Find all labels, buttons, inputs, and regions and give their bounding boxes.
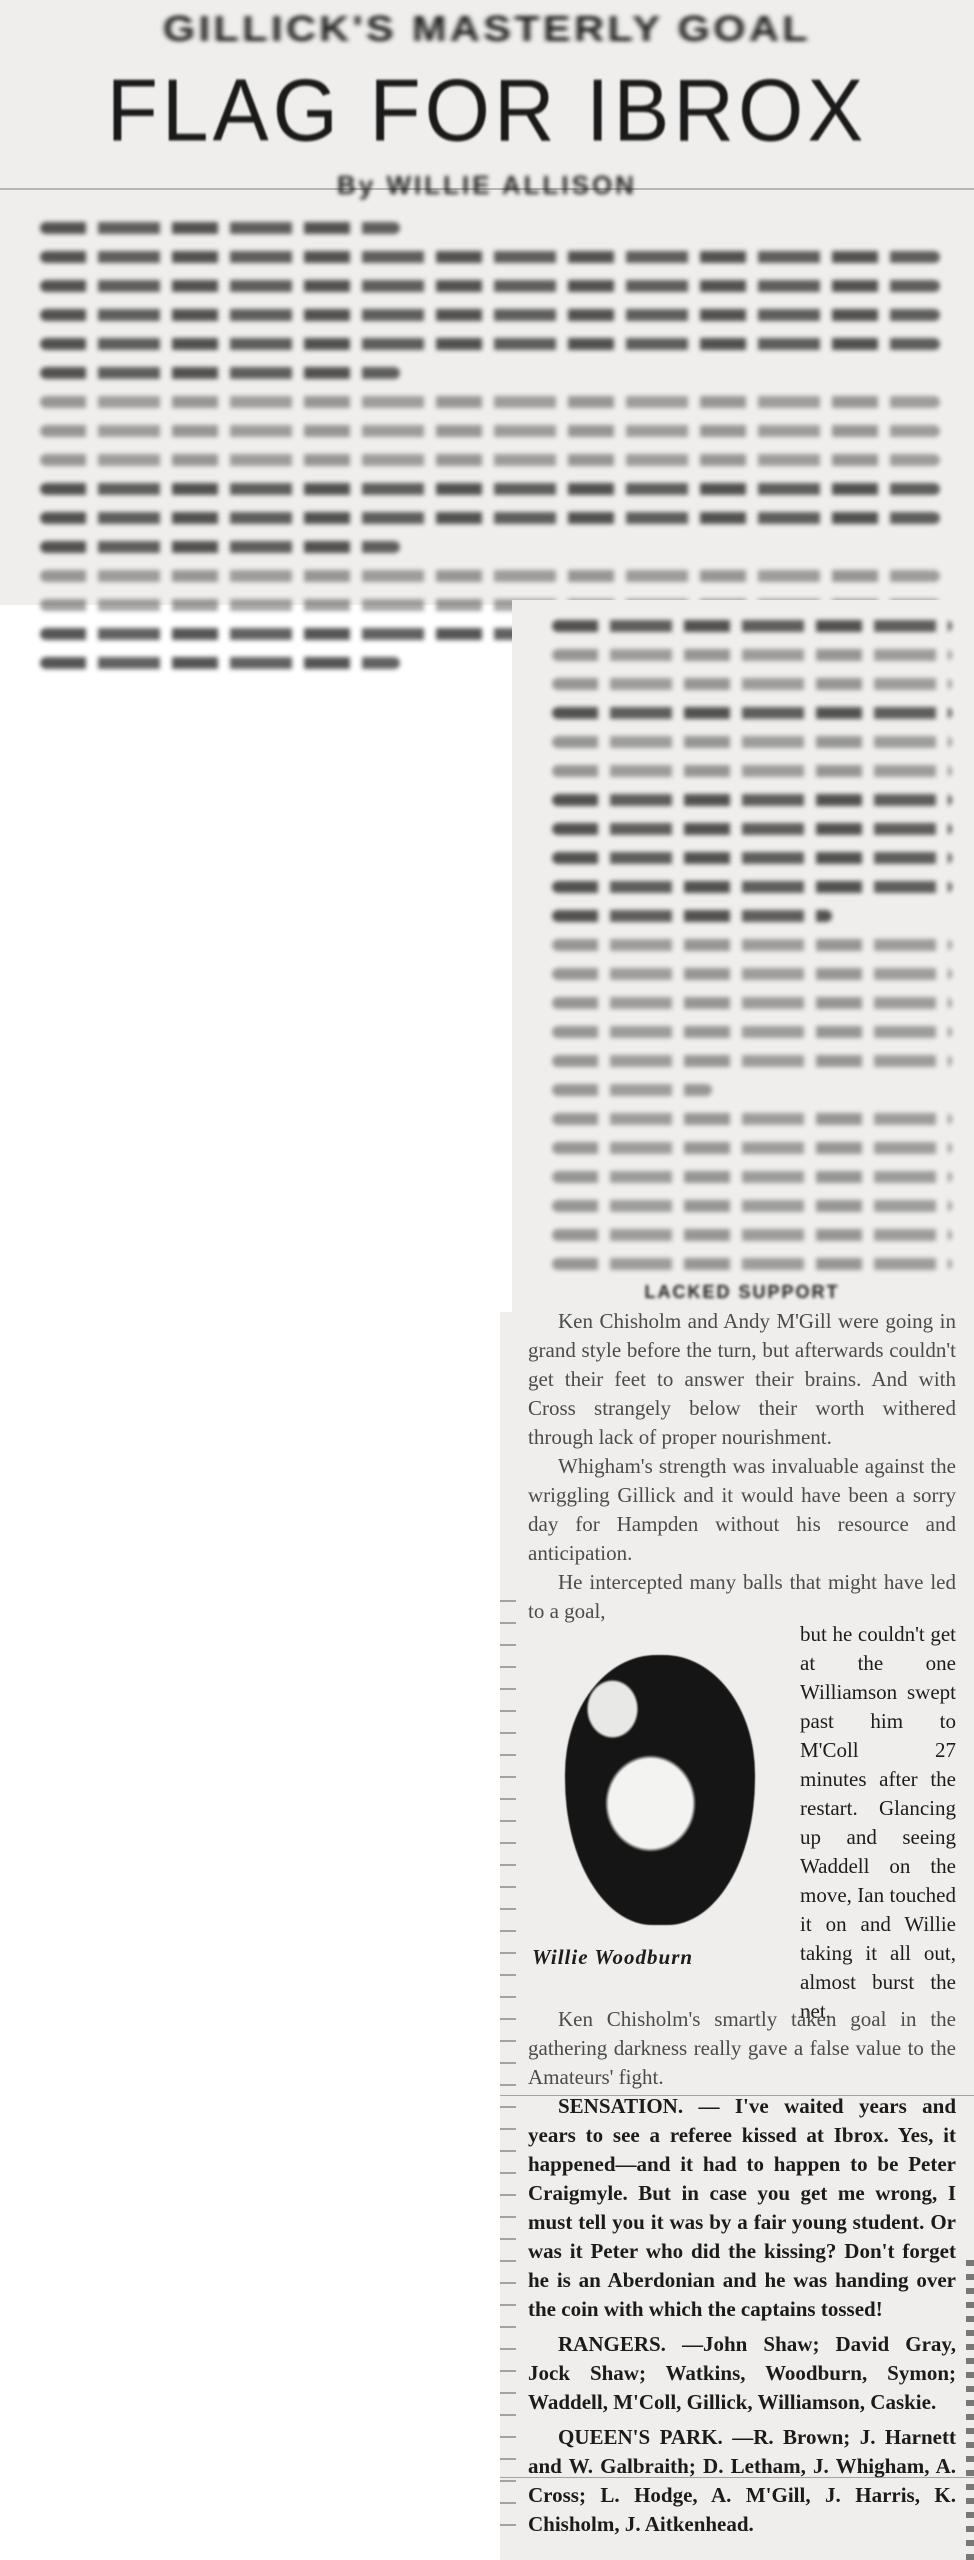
article-body-upper: LACKED SUPPORT Ken Chisholm and Andy M'G… (528, 1278, 956, 1626)
paragraph: He intercepted many balls that might hav… (528, 1568, 956, 1626)
team-lineup-queens-park: QUEEN'S PARK. —R. Brown; J. Harnett and … (528, 2423, 956, 2539)
paragraph: Ken Chisholm and Andy M'Gill were going … (528, 1307, 956, 1452)
divider (500, 2477, 974, 2478)
article-body-lower: Ken Chisholm's smartly taken goal in the… (528, 2005, 956, 2539)
team-lineup-rangers: RANGERS. —John Shaw; David Gray, Jock Sh… (528, 2330, 956, 2417)
sensation-text: — I've waited years and years to see a r… (528, 2094, 956, 2321)
decorative-border-left (500, 1590, 516, 2540)
sensation-paragraph: SENSATION. — I've waited years and years… (528, 2092, 956, 2324)
photo-caption: Willie Woodburn (532, 1945, 693, 1970)
article-kicker: GILLICK'S MASTERLY GOAL (0, 8, 974, 50)
paragraph: Whigham's strength was invaluable agains… (528, 1452, 956, 1568)
photo-wrap-text: but he couldn't get at the one Williamso… (800, 1620, 956, 2026)
team-name: RANGERS. (558, 2332, 666, 2356)
illegible-column-text (552, 620, 952, 1287)
divider (500, 2095, 974, 2096)
sensation-label: SENSATION. (558, 2094, 683, 2118)
clipping-middle-section (512, 600, 974, 1320)
article-byline: By WILLIE ALLISON (0, 170, 974, 201)
article-headline: FLAG FOR IBROX (0, 60, 974, 162)
player-photo (565, 1655, 755, 1925)
decorative-border-right (966, 2260, 974, 2560)
team-name: QUEEN'S PARK. (558, 2425, 723, 2449)
paragraph: Ken Chisholm's smartly taken goal in the… (528, 2005, 956, 2092)
subheading: LACKED SUPPORT (528, 1278, 956, 1307)
clipping-top-section: GILLICK'S MASTERLY GOAL FLAG FOR IBROX B… (0, 0, 974, 605)
